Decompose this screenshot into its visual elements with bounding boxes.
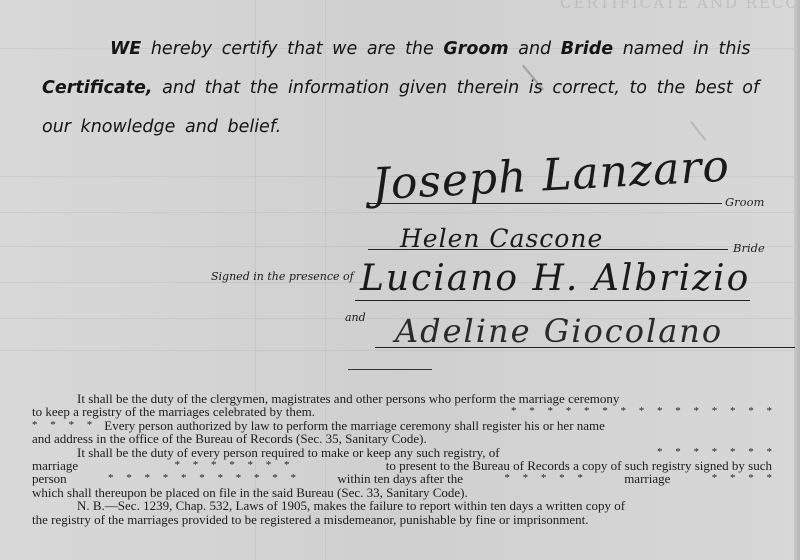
certification-line-2: Certificate, and that the information gi… — [42, 69, 782, 108]
ghost-line — [0, 212, 800, 213]
ghost-line — [0, 350, 800, 351]
legal-text: Every person authorized by law to perfor… — [104, 419, 605, 432]
legal-text: which shall thereupon be placed on file … — [32, 486, 468, 499]
certification-text: and that the information given therein i… — [162, 78, 759, 98]
legal-line: the registry of the marriages provided t… — [32, 513, 772, 526]
legal-line: and address in the office of the Bureau … — [32, 432, 772, 445]
legal-line: N. B.—Sec. 1239, Chap. 532, Laws of 1905… — [32, 499, 772, 512]
bride-signature: Helen Cascone — [400, 224, 603, 253]
legal-text: It shall be the duty of every person req… — [77, 446, 500, 459]
separator-rule — [348, 369, 432, 370]
asterisk-ellipsis: * * * * — [32, 419, 92, 432]
legal-text: and address in the office of the Bureau … — [32, 432, 427, 445]
witness1-signature: Luciano H. Albrizio — [360, 258, 750, 299]
bride-role-label: Bride — [733, 241, 765, 255]
legal-text: to present to the Bureau of Records a co… — [386, 459, 772, 472]
nb-text: the registry of the marriages provided t… — [32, 513, 589, 526]
certification-text: and — [518, 39, 551, 59]
legal-text: within ten days after the — [337, 472, 463, 485]
groom-emphasis: Groom — [443, 39, 508, 59]
certification-line-3: our knowledge and belief. — [42, 108, 782, 147]
bleed-through-text: CERTIFICATE AND RECORD OF MARRIAGE — [560, 0, 800, 12]
bride-emphasis: Bride — [561, 39, 613, 59]
asterisk-ellipsis: * * * * — [712, 472, 772, 485]
legal-line: * * * * Every person authorized by law t… — [32, 419, 772, 432]
witness2-signature: Adeline Giocolano — [395, 312, 723, 350]
asterisk-ellipsis: * * * * * * * — [657, 446, 772, 459]
nb-text: N. B.—Sec. 1239, Chap. 532, Laws of 1905… — [77, 499, 625, 512]
legal-line: to keep a registry of the marriages cele… — [32, 405, 772, 418]
asterisk-ellipsis: * * * * * * * — [174, 459, 289, 472]
legal-text: marriage — [624, 472, 670, 485]
we-emphasis: WE — [110, 39, 141, 59]
certificate-emphasis: Certificate, — [42, 78, 153, 98]
groom-role-label: Groom — [725, 195, 764, 209]
witness1-signature-line — [355, 300, 750, 301]
legal-text: It shall be the duty of the clergymen, m… — [77, 392, 619, 405]
legal-text: to keep a registry of the marriages cele… — [32, 405, 315, 418]
legal-text: marriage — [32, 459, 78, 472]
legal-line: person * * * * * * * * * * * within ten … — [32, 472, 772, 485]
legal-line: It shall be the duty of every person req… — [32, 446, 772, 459]
certification-line-1: WE hereby certify that we are the Groom … — [42, 30, 782, 69]
asterisk-ellipsis: * * * * * — [504, 472, 583, 485]
legal-line: which shall thereupon be placed on file … — [32, 486, 772, 499]
legal-notice: It shall be the duty of the clergymen, m… — [32, 392, 772, 526]
asterisk-ellipsis: * * * * * * * * * * * — [108, 472, 296, 485]
certification-text: hereby certify that we are the — [151, 39, 434, 59]
and-label: and — [345, 311, 366, 324]
certification-statement: WE hereby certify that we are the Groom … — [42, 30, 782, 147]
legal-text: person — [32, 472, 67, 485]
legal-line: It shall be the duty of the clergymen, m… — [32, 392, 772, 405]
signed-in-presence-label: Signed in the presence of — [211, 270, 354, 283]
asterisk-ellipsis: * * * * * * * * * * * * * * * — [511, 405, 772, 418]
certification-text: named in this — [623, 39, 751, 59]
legal-line: marriage * * * * * * * to present to the… — [32, 459, 772, 472]
page-edge — [794, 0, 800, 560]
